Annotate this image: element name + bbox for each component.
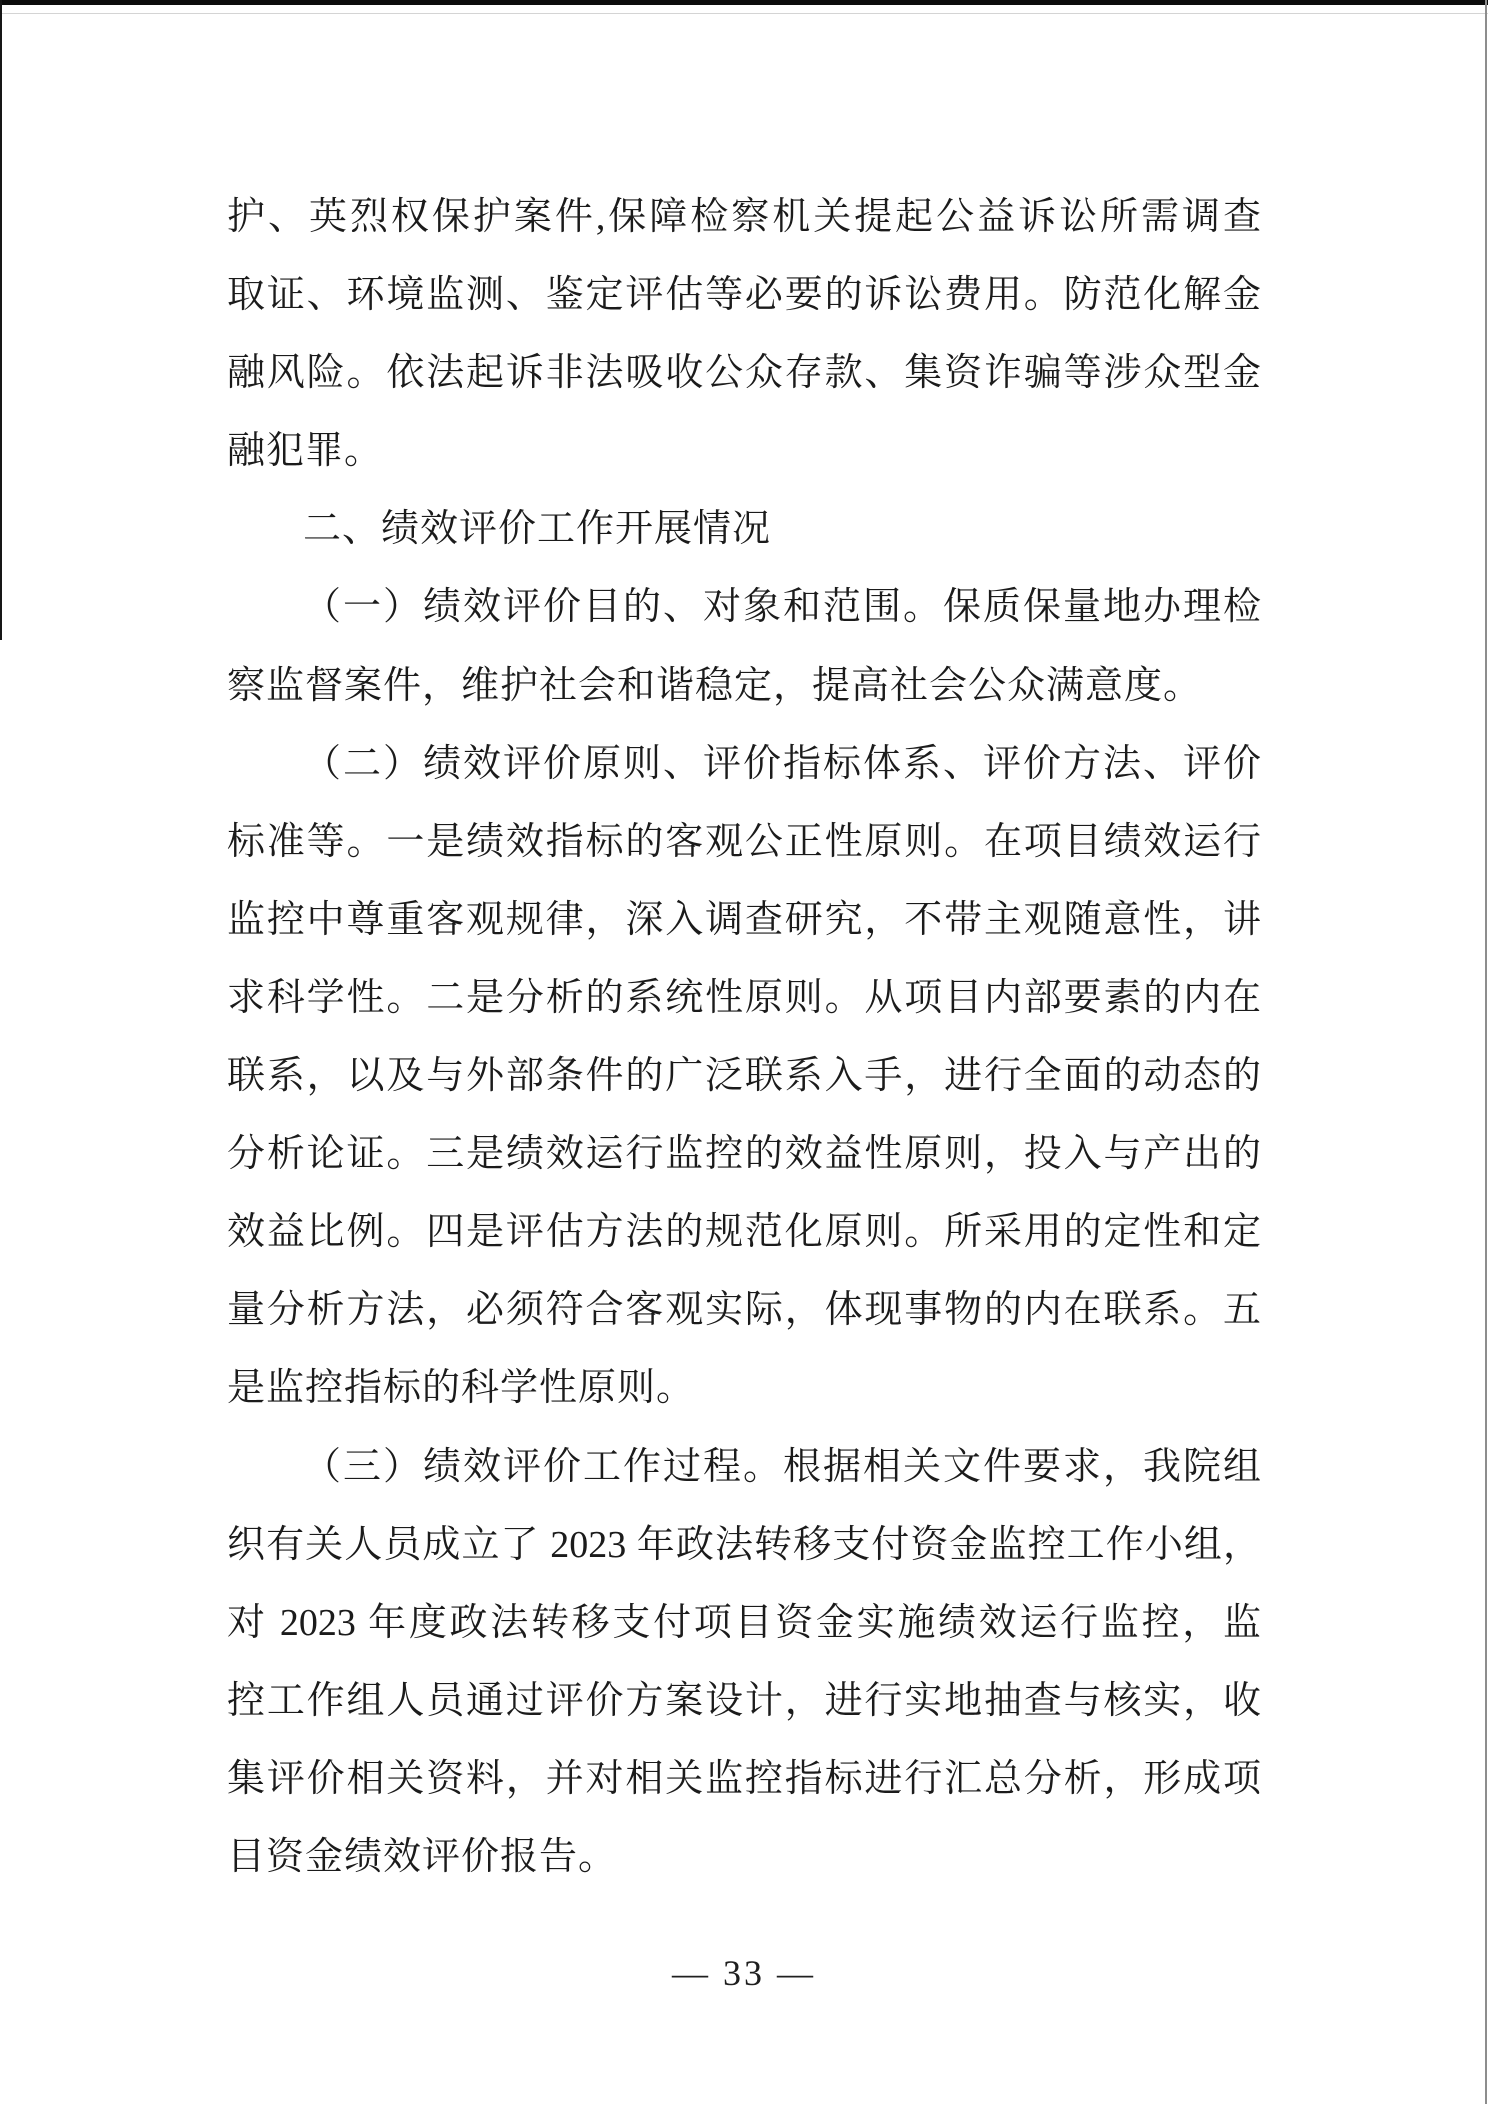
text-line: 是监控指标的科学性原则。 (227, 1349, 1261, 1427)
text-line: 求科学性。二是分析的系统性原则。从项目内部要素的内在 (227, 959, 1261, 1037)
text-line: 监控中尊重客观规律，深入调查研究，不带主观随意性，讲 (227, 881, 1261, 959)
text-line: 织有关人员成立了 2023 年政法转移支付资金监控工作小组， (227, 1506, 1261, 1584)
text-line: 集评价相关资料，并对相关监控指标进行汇总分析，形成项 (227, 1740, 1261, 1818)
text-line: 控工作组人员通过评价方案设计，进行实地抽查与核实，收 (227, 1662, 1261, 1740)
scan-edge-top-bar (0, 0, 1488, 5)
text-line: （二）绩效评价原则、评价指标体系、评价方法、评价 (227, 725, 1261, 803)
text-line: （三）绩效评价工作过程。根据相关文件要求，我院组 (227, 1428, 1261, 1506)
text-line: 标准等。一是绩效指标的客观公正性原则。在项目绩效运行 (227, 803, 1261, 881)
text-line: 分析论证。三是绩效运行监控的效益性原则，投入与产出的 (227, 1115, 1261, 1193)
text-lines: 护、英烈权保护案件,保障检察机关提起公益诉讼所需调查取证、环境监测、鉴定评估等必… (227, 178, 1261, 1896)
text-line: 护、英烈权保护案件,保障检察机关提起公益诉讼所需调查 (227, 178, 1261, 256)
scan-edge-left-line (0, 0, 2, 640)
document-page: 护、英烈权保护案件,保障检察机关提起公益诉讼所需调查取证、环境监测、鉴定评估等必… (0, 0, 1488, 2104)
text-line: 融风险。依法起诉非法吸收公众存款、集资诈骗等涉众型金 (227, 334, 1261, 412)
text-line: 效益比例。四是评估方法的规范化原则。所采用的定性和定 (227, 1193, 1261, 1271)
text-line: （一）绩效评价目的、对象和范围。保质保量地办理检 (227, 568, 1261, 646)
text-line: 二、绩效评价工作开展情况 (227, 490, 1261, 568)
page-number: — 33 — (0, 1941, 1488, 2005)
text-line: 对 2023 年度政法转移支付项目资金实施绩效运行监控，监 (227, 1584, 1261, 1662)
text-line: 取证、环境监测、鉴定评估等必要的诉讼费用。防范化解金 (227, 256, 1261, 334)
scan-edge-right-line (1485, 0, 1487, 2104)
text-line: 目资金绩效评价报告。 (227, 1818, 1261, 1896)
text-line: 融犯罪。 (227, 412, 1261, 490)
text-line: 量分析方法，必须符合客观实际，体现事物的内在联系。五 (227, 1271, 1261, 1349)
text-line: 察监督案件，维护社会和谐稳定，提高社会公众满意度。 (227, 647, 1261, 725)
scan-edge-faint-line (0, 13, 1488, 14)
text-line: 联系，以及与外部条件的广泛联系入手，进行全面的动态的 (227, 1037, 1261, 1115)
